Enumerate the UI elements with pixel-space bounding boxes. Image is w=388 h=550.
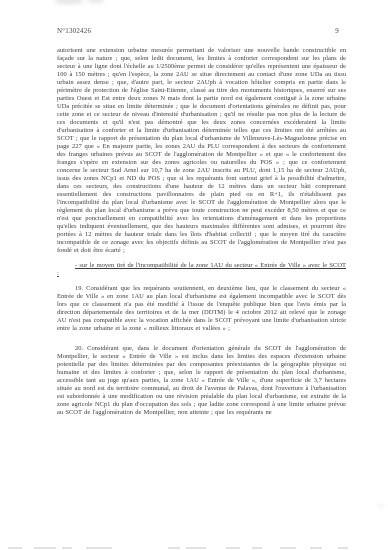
paragraph-19: 19. Considérant que les requérants souti… xyxy=(57,285,346,333)
page-header: N°1302426 9 xyxy=(57,27,346,35)
continuation-paragraph: autorisent une extension urbaine mesurée… xyxy=(57,47,346,255)
scan-artifact xyxy=(378,504,384,508)
scanned-judgment-page: N°1302426 9 autorisent une extension urb… xyxy=(0,0,388,550)
section-heading: - sur le moyen tiré de l'incompatibilité… xyxy=(57,262,346,278)
paragraph-20: 20. Considérant que, dans le document d'… xyxy=(57,345,346,417)
case-number: N°1302426 xyxy=(57,27,91,35)
page-number: 9 xyxy=(335,27,339,35)
scan-artifact xyxy=(54,0,84,4)
scan-artifact xyxy=(88,0,104,3)
scan-artifact-bottom-edge xyxy=(0,546,388,550)
page-content: N°1302426 9 autorisent une extension urb… xyxy=(57,27,346,417)
